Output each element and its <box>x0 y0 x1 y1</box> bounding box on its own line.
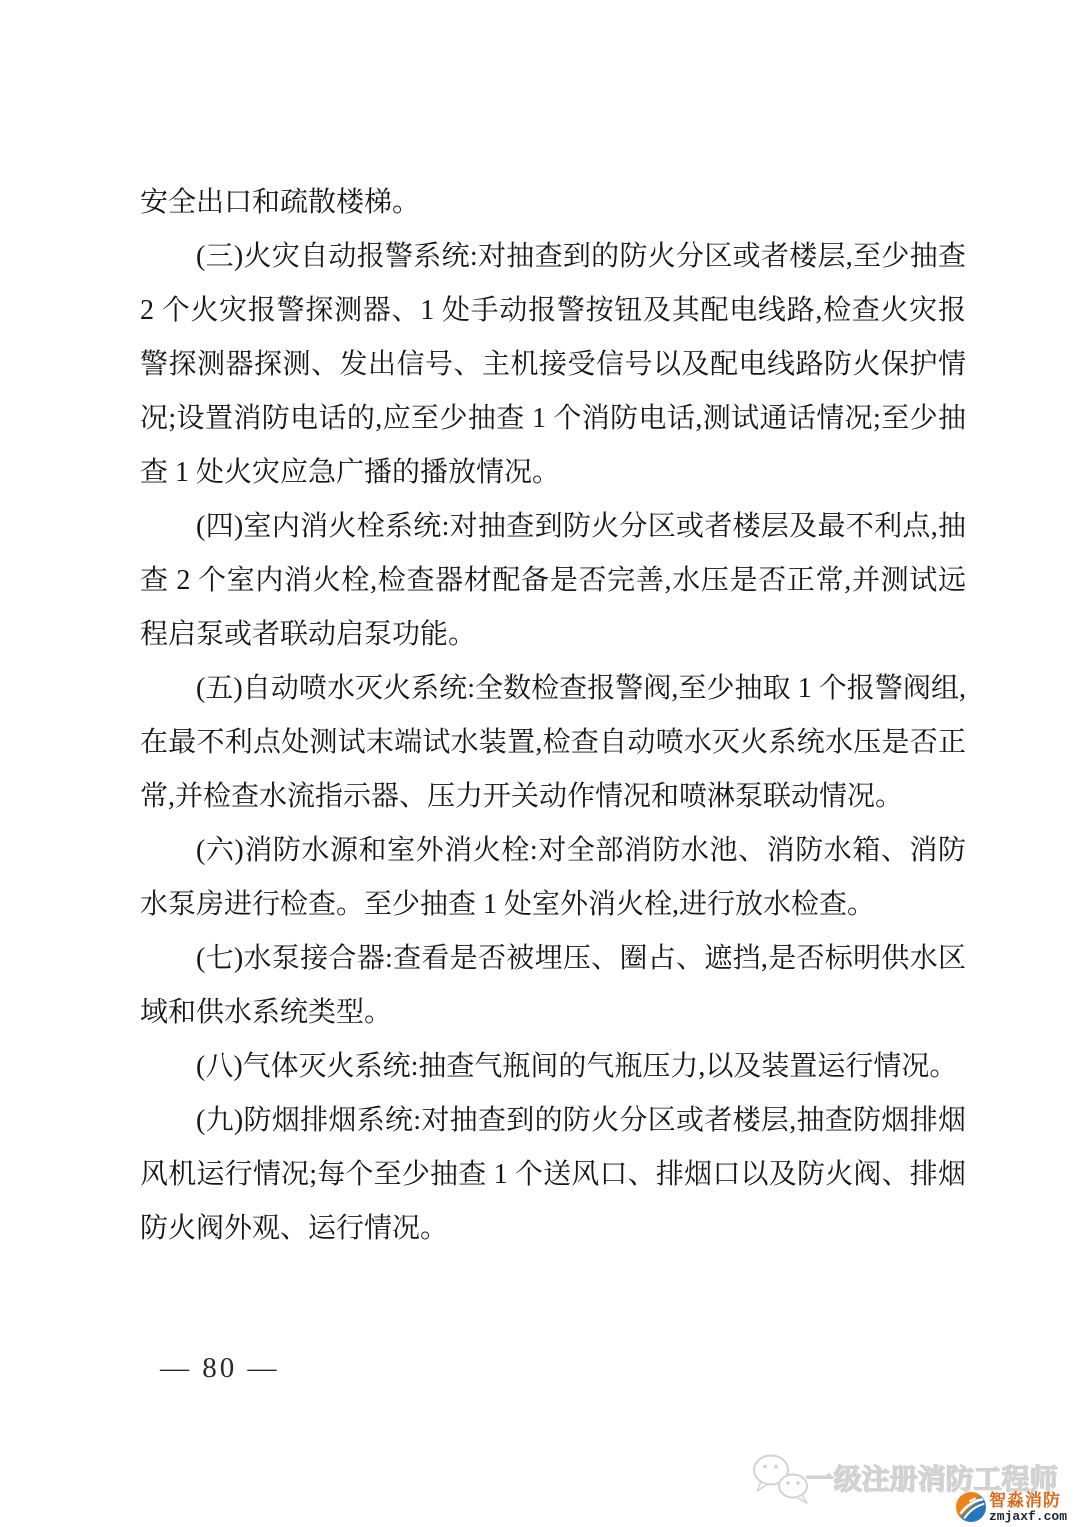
paragraph: (七)水泵接合器:查看是否被埋压、圈占、遮挡,是否标明供水区域和供水系统类型。 <box>140 932 966 1040</box>
brand-text: 智淼消防 zmjaxf.com <box>989 1492 1067 1524</box>
wechat-icon <box>748 1452 814 1508</box>
paragraph: (六)消防水源和室外消火栓:对全部消防水池、消防水箱、消防水泵房进行检查。至少抽… <box>140 824 966 932</box>
paragraph: (三)火灾自动报警系统:对抽查到的防火分区或者楼层,至少抽查 2 个火灾报警探测… <box>140 230 966 500</box>
brand-logo: 智淼消防 zmjaxf.com <box>956 1492 1067 1524</box>
paragraph: 安全出口和疏散楼梯。 <box>140 176 966 230</box>
paragraph: (五)自动喷水灭火系统:全数检查报警阀,至少抽取 1 个报警阀组,在最不利点处测… <box>140 662 966 824</box>
paragraph: (九)防烟排烟系统:对抽查到的防火分区或者楼层,抽查防烟排烟风机运行情况;每个至… <box>140 1094 966 1256</box>
document-body: 安全出口和疏散楼梯。(三)火灾自动报警系统:对抽查到的防火分区或者楼层,至少抽查… <box>140 176 966 1256</box>
page-number: — 80 — <box>160 1352 280 1385</box>
paragraph: (四)室内消火栓系统:对抽查到防火分区或者楼层及最不利点,抽查 2 个室内消火栓… <box>140 500 966 662</box>
paragraph: (八)气体灭火系统:抽查气瓶间的气瓶压力,以及装置运行情况。 <box>140 1040 966 1094</box>
brand-domain: zmjaxf.com <box>989 1510 1067 1524</box>
zhimiao-logo-icon <box>956 1492 986 1522</box>
brand-name: 智淼消防 <box>989 1492 1067 1510</box>
